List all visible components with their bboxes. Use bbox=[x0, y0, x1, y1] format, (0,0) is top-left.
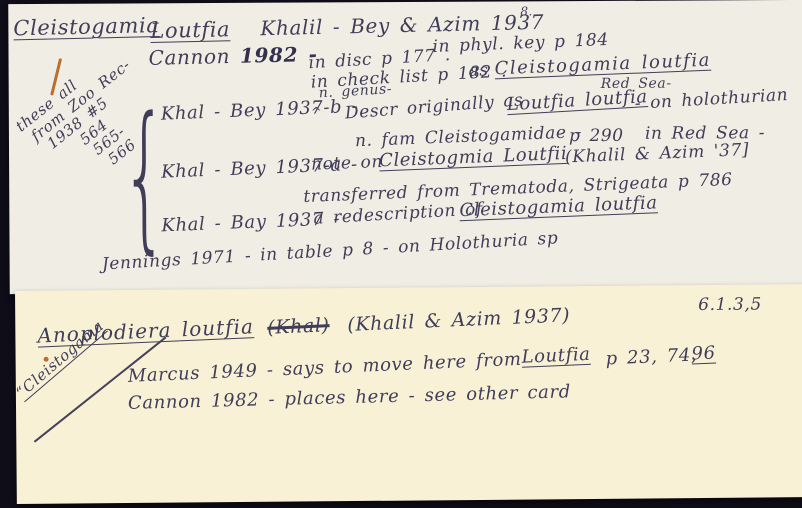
bottom-authority: (Khalil & Azim 1937) bbox=[347, 305, 571, 336]
entry2-text: note on bbox=[311, 153, 384, 175]
cannon-ref: Cannon 1982 - bbox=[148, 43, 317, 69]
cannon-year: 1982 - bbox=[240, 42, 318, 68]
marcus-page-96: 96 bbox=[691, 343, 716, 364]
ink-dot bbox=[44, 357, 49, 362]
entry1-supertext: n. genus- bbox=[318, 82, 392, 102]
marcus-prefix: Marcus 1949 - says to move here from bbox=[127, 350, 522, 387]
bottom-index-card: 6.1.3,5 Anoplodiera loutfia (Khal) (Khal… bbox=[15, 284, 802, 504]
catalog-code: 6.1.3,5 bbox=[698, 295, 762, 314]
entry1-above-name: Red Sea- bbox=[601, 77, 672, 93]
entry1-page: p 290 bbox=[569, 127, 624, 146]
bottom-struck-word: (Khal) bbox=[267, 315, 330, 339]
cannon-word: Cannon bbox=[148, 44, 230, 70]
top-superscript: 8. bbox=[520, 5, 533, 18]
entry1-caret: ^ bbox=[311, 106, 323, 120]
cannon-name: Cleistogamia loutfia bbox=[494, 51, 711, 79]
marcus-name: Loutfia bbox=[521, 345, 591, 368]
top-index-card: Cleistogamia Loutfia Khalil - Bey & Azim… bbox=[8, 0, 802, 294]
top-genus: Cleistogamia bbox=[13, 14, 160, 40]
marcus-pages: p 23, 74, bbox=[605, 345, 697, 369]
top-species: Loutfia bbox=[150, 18, 230, 43]
bottom-cannon-line: Cannon 1982 - places here - see other ca… bbox=[128, 382, 571, 413]
cannon-as: as bbox=[468, 61, 489, 80]
